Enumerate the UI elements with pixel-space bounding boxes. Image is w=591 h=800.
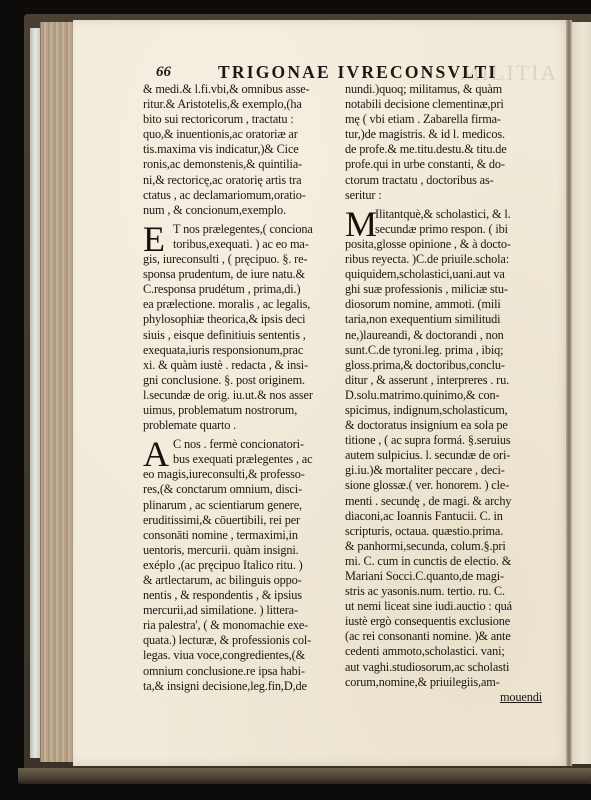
text-line: sunt.C.de tyroni.leg. prima , ibiq; xyxy=(345,343,550,358)
paragraph-3: A C nos . fermè concionatori- bus exequa… xyxy=(143,437,343,694)
running-head: 66 TRIGONAE IVRECONSVLTI xyxy=(152,62,552,84)
text-line: T nos prælegentes,( conciona xyxy=(143,222,343,237)
text-line: uimus, problematum nostrorum, xyxy=(143,403,343,418)
text-line: num , & concionum,exemplo. xyxy=(143,203,343,218)
text-line: ne,)laureandi, & doctorandi , non xyxy=(345,328,550,343)
text-line: profe.qui in urbe constanti, & do- xyxy=(345,157,550,172)
text-line: quo,& inuentionis,ac oratoriæ ar xyxy=(143,127,343,142)
paragraph-2: E T nos prælegentes,( conciona toribus,e… xyxy=(143,222,343,433)
text-line: plinarum , ac scientiarum genere, xyxy=(143,498,343,513)
text-line: de profe.& me.titu.destu.& titu.de xyxy=(345,142,550,157)
drop-cap-E: E xyxy=(143,224,165,254)
text-line: res,(& conctarum omnium, disci- xyxy=(143,482,343,497)
facing-page-edge xyxy=(572,22,591,764)
text-line: aut vaghi.studiosorum,ac scholasti xyxy=(345,660,550,675)
text-line: cedenti ammoto,scholastici. vani; xyxy=(345,644,550,659)
text-line: gi.iu.)& mortaliter peccare , deci- xyxy=(345,463,550,478)
text-line: tur,)de magistris. & id l. medicos. xyxy=(345,127,550,142)
text-line: C nos . fermè concionatori- xyxy=(143,437,343,452)
running-title: TRIGONAE IVRECONSVLTI xyxy=(218,62,497,83)
text-line: siuis , eisque definitiuis sententis , xyxy=(143,328,343,343)
text-line: toribus,exequati. ) ac eo ma- xyxy=(143,237,343,252)
text-line: & medi.& l.fi.vbi,& omnibus asse- xyxy=(143,82,343,97)
text-line: mi. C. cum in cunctis de electio. & xyxy=(345,554,550,569)
text-line: & artlectarum, ac bilinguis oppo- xyxy=(143,573,343,588)
text-line: scripturis, octaua. quæstio.prima. xyxy=(345,524,550,539)
text-line: bus exequati prælegentes , ac xyxy=(143,452,343,467)
text-line: sione glossæ.( ver. honorem. ) cle- xyxy=(345,478,550,493)
text-line: ronis,ac demonstenis,& quintilia- xyxy=(143,157,343,172)
text-line: l.secundæ de orig. iu.ut.& nos asser xyxy=(143,388,343,403)
text-line: nentis , & respondentis , & ipsius xyxy=(143,588,343,603)
text-line: phylosophiæ theorica,& ipsis deci xyxy=(143,312,343,327)
text-line: quata.) lecturæ, & professionis col- xyxy=(143,633,343,648)
paragraph-2: M Ilitantquè,& scholastici, & l. secundæ… xyxy=(345,207,550,690)
text-line: stris ac yasonis.num. tertio. ru. C. xyxy=(345,584,550,599)
text-line: consonāti nomine , termaximi,in xyxy=(143,528,343,543)
text-line: sponsa prudentum, de iure natu.& xyxy=(143,267,343,282)
text-line: (ac rei consonanti nomine. )& ante xyxy=(345,629,550,644)
text-line: quiquidem,scholastici,uani.aut va xyxy=(345,267,550,282)
text-line: taria,non exequentium similitudi xyxy=(345,312,550,327)
right-text-column: nundi.)quoq; militamus, & quàm notabili … xyxy=(345,82,550,705)
text-line: gis, iureconsulti , ( pręcipuo. §. re- xyxy=(143,252,343,267)
paragraph-1: & medi.& l.fi.vbi,& omnibus asse- ritur.… xyxy=(143,82,343,218)
book-cover-bottom-edge xyxy=(18,768,591,784)
text-line: & panhormi,secunda, colum.§.pri xyxy=(345,539,550,554)
text-line: diosorum nomine, ammoti. (mili xyxy=(345,297,550,312)
text-line: ghi suæ professionis , miliciæ stu- xyxy=(345,282,550,297)
text-line: ni,& rectoricę,ac oratorię artis tra xyxy=(143,173,343,188)
text-line: seritur : xyxy=(345,188,550,203)
text-line: uentoris, mercurii. quàm insigni. xyxy=(143,543,343,558)
text-line: gni conclusione. §. post originem. xyxy=(143,373,343,388)
text-line: omnium conclusione.re ipsa habi- xyxy=(143,664,343,679)
text-line: xi. & quàm iustè . redacta , & insi- xyxy=(143,358,343,373)
text-line: spicimus, indignum,scholasticum, xyxy=(345,403,550,418)
text-line: diaconi,ac Ioannis Fantucii. C. in xyxy=(345,509,550,524)
text-line: exequata,iuris responsionum,prac xyxy=(143,343,343,358)
text-line: titione , ( ac supra formá. §.seruius xyxy=(345,433,550,448)
page-stack-edge xyxy=(40,22,74,762)
text-line: & doctoratus insignium ea sola pe xyxy=(345,418,550,433)
text-line: notabili decisione clementinæ,pri xyxy=(345,97,550,112)
text-line: ut nemi liceat sine iudi.auctio : quá xyxy=(345,599,550,614)
text-line: C.responsa prudétum , prima,di.) xyxy=(143,282,343,297)
text-line: D.solu.matrimo.quinimo,& con- xyxy=(345,388,550,403)
text-line: ctorum tractatu , doctoribus as- xyxy=(345,173,550,188)
text-line: ribus reyecta. )C.de priuile.schola: xyxy=(345,252,550,267)
text-line: ea prælectione. moralis , ac legalis, xyxy=(143,297,343,312)
drop-cap-A: A xyxy=(143,439,169,469)
text-line: iustè ergò consequentis exclusione xyxy=(345,614,550,629)
text-line: eruditissimi,& cōuertibili, rei per xyxy=(143,513,343,528)
text-line: bito sui rectoricorum , tractatu : xyxy=(143,112,343,127)
text-line: gloss.prima,& doctoribus,conclu- xyxy=(345,358,550,373)
drop-cap-M: M xyxy=(345,209,377,239)
text-line: mę ( vbi etiam . Zabarella firma- xyxy=(345,112,550,127)
text-line: Mariani Socci.C.quanto,de magi- xyxy=(345,569,550,584)
text-line: corum,nomine,& priuilegiis,am- xyxy=(345,675,550,690)
text-line: eo magis,iureconsulti,& professo- xyxy=(143,467,343,482)
text-line: ditur , & asserunt , interpreres . ru. xyxy=(345,373,550,388)
text-line: ctatus , ac declamariomum,oratio- xyxy=(143,188,343,203)
text-line: nundi.)quoq; militamus, & quàm xyxy=(345,82,550,97)
left-text-column: & medi.& l.fi.vbi,& omnibus asse- ritur.… xyxy=(143,82,343,694)
text-line: problemate quarto . xyxy=(143,418,343,433)
endpaper-edge xyxy=(30,28,40,758)
page-number: 66 xyxy=(156,64,171,81)
text-line: mercurii,ad similatione. ) littera- xyxy=(143,603,343,618)
catchword: mouendi xyxy=(345,690,550,705)
text-line: autem sulpicius. l. secundæ de ori- xyxy=(345,448,550,463)
text-line: ta,& insigni decisione,leg.fin,D,de xyxy=(143,679,343,694)
text-line: exéplo ,(ac pręcipuo Italico ritu. ) xyxy=(143,558,343,573)
text-line: legas. viua voce,congredientes,(& xyxy=(143,648,343,663)
text-line: ria palestra', ( & monomachie exe- xyxy=(143,618,343,633)
text-line: menti . secundę , de magi. & archy xyxy=(345,494,550,509)
paragraph-1: nundi.)quoq; militamus, & quàm notabili … xyxy=(345,82,550,203)
text-line: tis.maxima vis indicatur,)& Cice xyxy=(143,142,343,157)
text-line: ritur.& Aristotelis,& exemplo,(ha xyxy=(143,97,343,112)
